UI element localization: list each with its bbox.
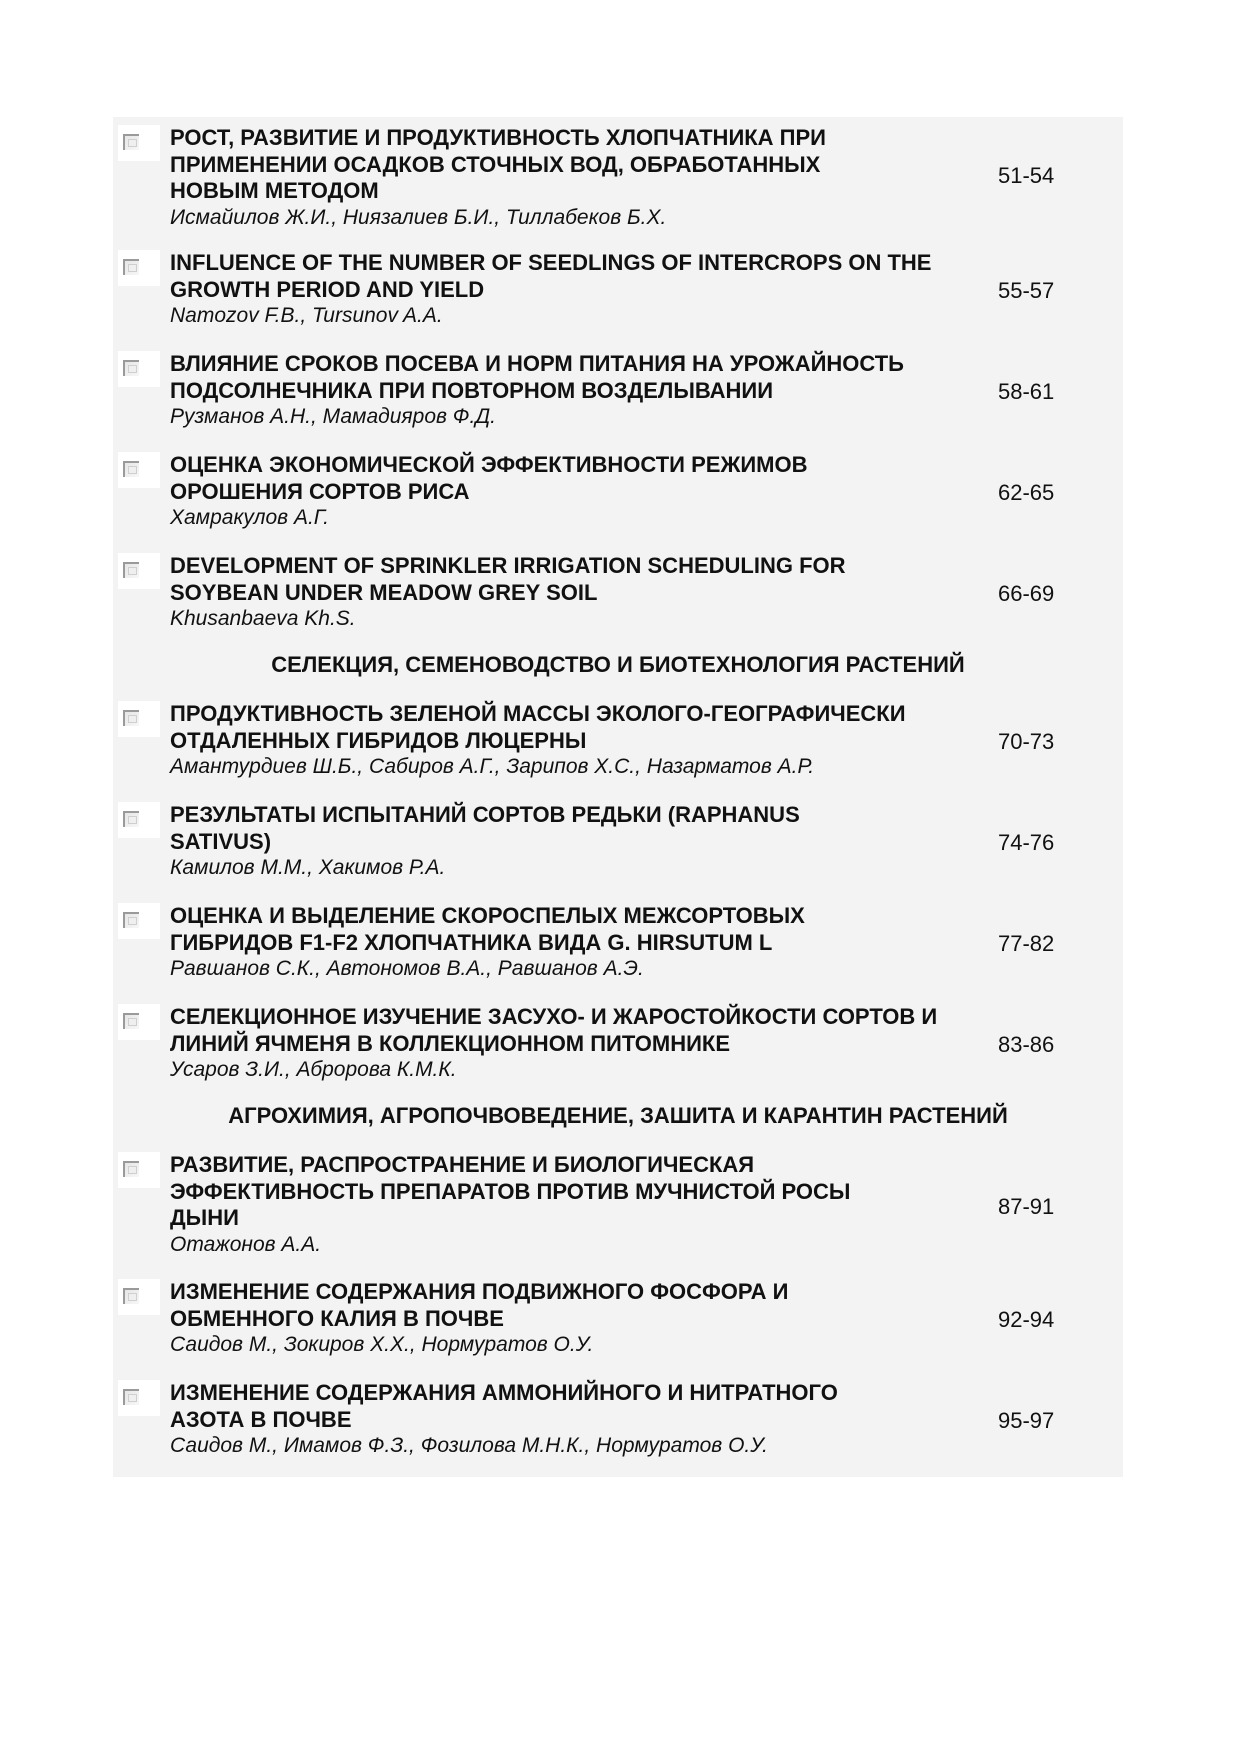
- entry-title-text[interactable]: ПРОДУКТИВНОСТЬ ЗЕЛЕНОЙ МАССЫ ЭКОЛОГО-ГЕО…: [170, 701, 906, 753]
- entry-title[interactable]: РОСТ, РАЗВИТИЕ И ПРОДУКТИВНОСТЬ ХЛОПЧАТН…: [170, 125, 890, 231]
- entry-authors: Отажонов А.А.: [170, 1232, 910, 1259]
- entry-title[interactable]: INFLUENCE OF THE NUMBER OF SEEDLINGS OF …: [170, 250, 950, 330]
- entry-icon-cell: [118, 1004, 160, 1040]
- section-heading: АГРОХИМИЯ, АГРОПОЧВОВЕДЕНИЕ, ЗАШИТА И КА…: [113, 1103, 1123, 1129]
- broken-image-icon: [123, 461, 139, 477]
- entry-title-text[interactable]: ИЗМЕНЕНИЕ СОДЕРЖАНИЯ АММОНИЙНОГО И НИТРА…: [170, 1380, 838, 1432]
- entry-icon-cell: [118, 452, 160, 488]
- entry-pages: 66-69: [998, 581, 1054, 607]
- entry-icon-cell: [118, 553, 160, 589]
- broken-image-icon: [123, 1288, 139, 1304]
- broken-image-icon: [123, 1013, 139, 1029]
- broken-image-icon: [123, 912, 139, 928]
- entry-pages: 83-86: [998, 1032, 1054, 1058]
- entry-title-text[interactable]: РАЗВИТИЕ, РАСПРОСТРАНЕНИЕ И БИОЛОГИЧЕСКА…: [170, 1152, 850, 1230]
- broken-image-icon: [123, 134, 139, 150]
- entry-title[interactable]: СЕЛЕКЦИОННОЕ ИЗУЧЕНИЕ ЗАСУХО- И ЖАРОСТОЙ…: [170, 1004, 950, 1084]
- entry-title[interactable]: ИЗМЕНЕНИЕ СОДЕРЖАНИЯ ПОДВИЖНОГО ФОСФОРА …: [170, 1279, 870, 1359]
- broken-image-icon: [123, 710, 139, 726]
- broken-image-icon: [123, 1389, 139, 1405]
- entry-icon-cell: [118, 903, 160, 939]
- entry-title-text[interactable]: РЕЗУЛЬТАТЫ ИСПЫТАНИЙ СОРТОВ РЕДЬКИ (RAPH…: [170, 802, 800, 854]
- entry-authors: Хамракулов А.Г.: [170, 505, 870, 532]
- entry-authors: Khusanbaeva Kh.S.: [170, 606, 900, 633]
- entry-icon-cell: [118, 1380, 160, 1416]
- entry-icon-cell: [118, 351, 160, 387]
- entry-title[interactable]: DEVELOPMENT OF SPRINKLER IRRIGATION SCHE…: [170, 553, 900, 633]
- entry-authors: Рузманов А.Н., Мамадияров Ф.Д.: [170, 404, 950, 431]
- entry-authors: Амантурдиев Ш.Б., Сабиров А.Г., Зарипов …: [170, 754, 950, 781]
- entry-title-text[interactable]: ОЦЕНКА ЭКОНОМИЧЕСКОЙ ЭФФЕКТИВНОСТИ РЕЖИМ…: [170, 452, 807, 504]
- entry-title[interactable]: ОЦЕНКА ЭКОНОМИЧЕСКОЙ ЭФФЕКТИВНОСТИ РЕЖИМ…: [170, 452, 870, 532]
- entry-pages: 95-97: [998, 1408, 1054, 1434]
- entry-pages: 55-57: [998, 278, 1054, 304]
- entry-title-text[interactable]: СЕЛЕКЦИОННОЕ ИЗУЧЕНИЕ ЗАСУХО- И ЖАРОСТОЙ…: [170, 1004, 937, 1056]
- entry-authors: Камилов М.М., Хакимов Р.А.: [170, 855, 850, 882]
- entry-icon-cell: [118, 802, 160, 838]
- entry-authors: Исмайилов Ж.И., Ниязалиев Б.И., Тиллабек…: [170, 205, 890, 232]
- entry-pages: 74-76: [998, 830, 1054, 856]
- entry-title[interactable]: ИЗМЕНЕНИЕ СОДЕРЖАНИЯ АММОНИЙНОГО И НИТРА…: [170, 1380, 890, 1460]
- table-of-contents: РОСТ, РАЗВИТИЕ И ПРОДУКТИВНОСТЬ ХЛОПЧАТН…: [113, 117, 1123, 1477]
- entry-title[interactable]: РЕЗУЛЬТАТЫ ИСПЫТАНИЙ СОРТОВ РЕДЬКИ (RAPH…: [170, 802, 850, 882]
- entry-icon-cell: [118, 1279, 160, 1315]
- broken-image-icon: [123, 259, 139, 275]
- entry-pages: 62-65: [998, 480, 1054, 506]
- section-heading: СЕЛЕКЦИЯ, СЕМЕНОВОДСТВО И БИОТЕХНОЛОГИЯ …: [113, 652, 1123, 678]
- entry-authors: Namozov F.B., Tursunov A.A.: [170, 303, 950, 330]
- entry-icon-cell: [118, 1152, 160, 1188]
- entry-pages: 70-73: [998, 729, 1054, 755]
- entry-authors: Усаров З.И., Абророва К.М.К.: [170, 1057, 950, 1084]
- entry-title[interactable]: РАЗВИТИЕ, РАСПРОСТРАНЕНИЕ И БИОЛОГИЧЕСКА…: [170, 1152, 910, 1258]
- entry-title-text[interactable]: РОСТ, РАЗВИТИЕ И ПРОДУКТИВНОСТЬ ХЛОПЧАТН…: [170, 125, 826, 203]
- entry-pages: 77-82: [998, 931, 1054, 957]
- entry-authors: Саидов М., Зокиров Х.Х., Нормуратов О.У.: [170, 1332, 870, 1359]
- entry-title[interactable]: ВЛИЯНИЕ СРОКОВ ПОСЕВА И НОРМ ПИТАНИЯ НА …: [170, 351, 950, 431]
- entry-pages: 51-54: [998, 163, 1054, 189]
- entry-title[interactable]: ПРОДУКТИВНОСТЬ ЗЕЛЕНОЙ МАССЫ ЭКОЛОГО-ГЕО…: [170, 701, 950, 781]
- broken-image-icon: [123, 360, 139, 376]
- entry-pages: 92-94: [998, 1307, 1054, 1333]
- entry-icon-cell: [118, 250, 160, 286]
- entry-title-text[interactable]: ВЛИЯНИЕ СРОКОВ ПОСЕВА И НОРМ ПИТАНИЯ НА …: [170, 351, 904, 403]
- entry-authors: Равшанов С.К., Автономов В.А., Равшанов …: [170, 956, 870, 983]
- entry-title-text[interactable]: INFLUENCE OF THE NUMBER OF SEEDLINGS OF …: [170, 250, 931, 302]
- entry-pages: 58-61: [998, 379, 1054, 405]
- broken-image-icon: [123, 562, 139, 578]
- entry-icon-cell: [118, 125, 160, 161]
- entry-title[interactable]: ОЦЕНКА И ВЫДЕЛЕНИЕ СКОРОСПЕЛЫХ МЕЖСОРТОВ…: [170, 903, 870, 983]
- broken-image-icon: [123, 1161, 139, 1177]
- entry-title-text[interactable]: ИЗМЕНЕНИЕ СОДЕРЖАНИЯ ПОДВИЖНОГО ФОСФОРА …: [170, 1279, 788, 1331]
- entry-pages: 87-91: [998, 1194, 1054, 1220]
- entry-authors: Саидов М., Имамов Ф.З., Фозилова М.Н.К.,…: [170, 1433, 890, 1460]
- entry-title-text[interactable]: DEVELOPMENT OF SPRINKLER IRRIGATION SCHE…: [170, 553, 846, 605]
- entry-title-text[interactable]: ОЦЕНКА И ВЫДЕЛЕНИЕ СКОРОСПЕЛЫХ МЕЖСОРТОВ…: [170, 903, 805, 955]
- broken-image-icon: [123, 811, 139, 827]
- entry-icon-cell: [118, 701, 160, 737]
